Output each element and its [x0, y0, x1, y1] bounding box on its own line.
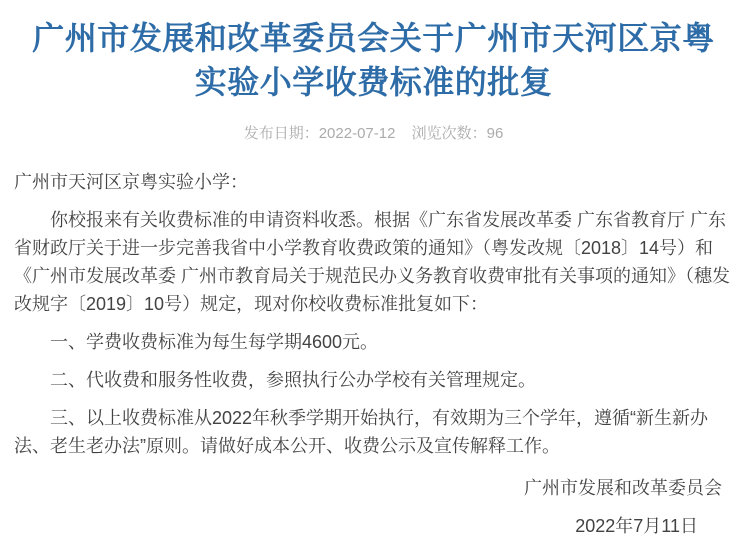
views-value: 96: [487, 125, 504, 142]
paragraph-item-2: 二、代收费和服务性收费，参照执行公办学校有关管理规定。: [14, 366, 733, 394]
article-meta: 发布日期：2022-07-12 浏览次数：96: [14, 124, 733, 144]
page-title: 广州市发展和改革委员会关于广州市天河区京粤实验小学收费标准的批复: [20, 16, 727, 104]
paragraph-item-1: 一、学费收费标准为每生每学期4600元。: [14, 328, 733, 356]
document-body: 广州市天河区京粤实验小学： 你校报来有关收费标准的申请资料收悉。根据《广东省发展…: [14, 168, 733, 540]
salutation-line: 广州市天河区京粤实验小学：: [14, 168, 733, 196]
document-article: 广州市发展和改革委员会关于广州市天河区京粤实验小学收费标准的批复 发布日期：20…: [0, 0, 747, 540]
issuer-signature: 广州市发展和改革委员会: [14, 474, 722, 502]
publish-date-label: 发布日期：: [244, 125, 319, 142]
paragraph-intro: 你校报来有关收费标准的申请资料收悉。根据《广东省发展改革委 广东省教育厅 广东省…: [14, 206, 733, 318]
publish-date-value: 2022-07-12: [319, 125, 396, 142]
views-label: 浏览次数：: [412, 125, 487, 142]
issue-date: 2022年7月11日: [14, 512, 698, 540]
paragraph-item-3: 三、以上收费标准从2022年秋季学期开始执行，有效期为三个学年，遵循“新生新办法…: [14, 404, 733, 460]
